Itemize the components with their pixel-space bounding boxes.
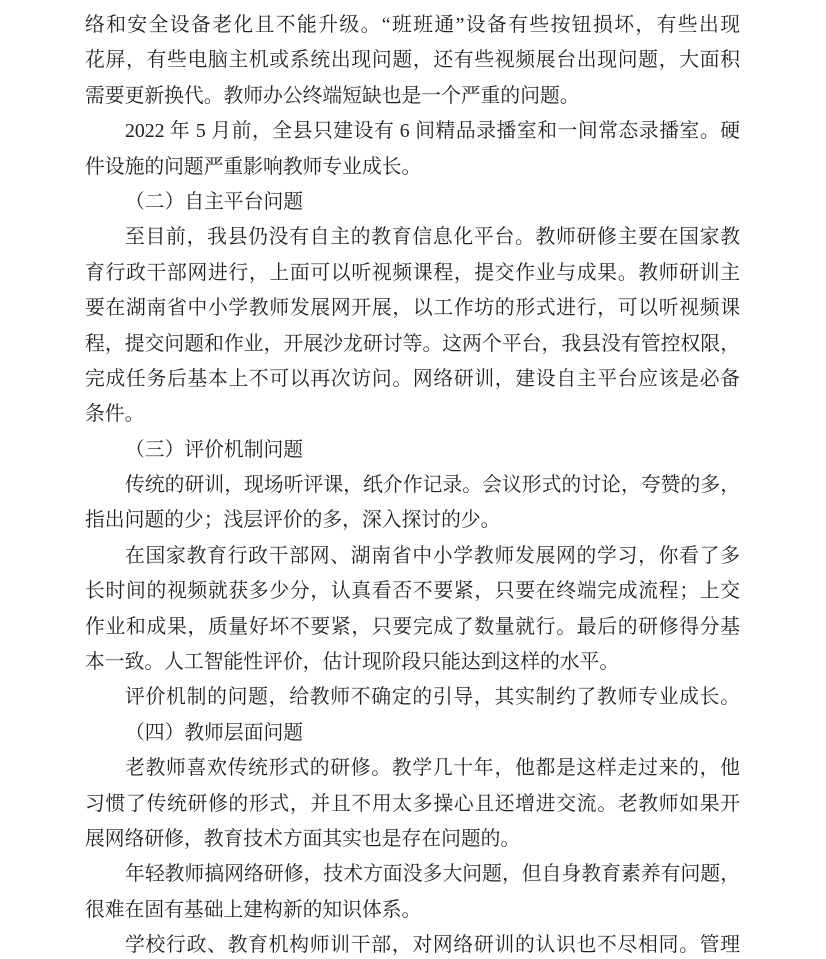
- text-line: 年轻教师搞网络研修，技术方面没多大问题，但自身教育素养有问题，: [85, 857, 740, 892]
- text-line: 程，提交问题和作业，开展沙龙研讨等。这两个平台，我县没有管控权限，: [85, 327, 740, 362]
- heading-line: （二）自主平台问题: [85, 185, 740, 220]
- text-line: 至目前，我县仍没有自主的教育信息化平台。教师研修主要在国家教: [85, 220, 740, 255]
- school-admin-paragraph: 学校行政、教育机构师训干部，对网络研训的认识也不尽相同。管理: [85, 928, 740, 959]
- recording-studio-paragraph: 2022 年 5 月前，全县只建设有 6 间精品录播室和一间常态录播室。硬件设施…: [85, 114, 740, 185]
- text-line: 展网络研修，教育技术方面其实也是存在问题的。: [85, 822, 740, 857]
- text-line: 指出问题的少；浅层评价的多，深入探讨的少。: [85, 503, 740, 538]
- text-line: 作业和成果，质量好坏不要紧，只要完成了数量就行。最后的研修得分基: [85, 610, 740, 645]
- heading-line: （三）评价机制问题: [85, 433, 740, 468]
- text-line: 本一致。人工智能性评价，估计现阶段只能达到这样的水平。: [85, 645, 740, 680]
- text-line: 完成任务后基本上不可以再次访问。网络研训，建设自主平台应该是必备: [85, 362, 740, 397]
- text-line: 很难在固有基础上建构新的知识体系。: [85, 893, 740, 928]
- hardware-problems-continued-paragraph: 络和安全设备老化且不能升级。“班班通”设备有些按钮损坏，有些出现花屏，有些电脑主…: [85, 8, 740, 114]
- text-line: 花屏，有些电脑主机或系统出现问题，还有些视频展台出现问题，大面积: [85, 43, 740, 78]
- text-line: 络和安全设备老化且不能升级。“班班通”设备有些按钮损坏，有些出现: [85, 8, 740, 43]
- old-teachers-paragraph: 老教师喜欢传统形式的研修。教学几十年，他都是这样走过来的，他习惯了传统研修的形式…: [85, 751, 740, 857]
- text-line: 老教师喜欢传统形式的研修。教学几十年，他都是这样走过来的，他: [85, 751, 740, 786]
- text-line: 条件。: [85, 397, 740, 432]
- text-line: 件设施的问题严重影响教师专业成长。: [85, 150, 740, 185]
- section-heading-4-teacher-level: （四）教师层面问题: [85, 716, 740, 751]
- text-line: 需要更新换代。教师办公终端短缺也是一个严重的问题。: [85, 79, 740, 114]
- text-line: 学校行政、教育机构师训干部，对网络研训的认识也不尽相同。管理: [85, 928, 740, 959]
- text-line: 在国家教育行政干部网、湖南省中小学教师发展网的学习，你看了多: [85, 539, 740, 574]
- section-heading-2-platform-problems: （二）自主平台问题: [85, 185, 740, 220]
- text-line: 习惯了传统研修的形式，并且不用太多操心且还增进交流。老教师如果开: [85, 787, 740, 822]
- young-teachers-paragraph: 年轻教师搞网络研修，技术方面没多大问题，但自身教育素养有问题，很难在固有基础上建…: [85, 857, 740, 928]
- text-line: 2022 年 5 月前，全县只建设有 6 间精品录播室和一间常态录播室。硬: [85, 114, 740, 149]
- section-heading-3-evaluation-mechanism: （三）评价机制问题: [85, 433, 740, 468]
- traditional-evaluation-paragraph: 传统的研训，现场听评课，纸介作记录。会议形式的讨论，夸赞的多，指出问题的少；浅层…: [85, 468, 740, 539]
- text-line: 传统的研训，现场听评课，纸介作记录。会议形式的讨论，夸赞的多，: [85, 468, 740, 503]
- text-line: 长时间的视频就获多少分，认真看否不要紧，只要在终端完成流程；上交: [85, 574, 740, 609]
- platform-problems-paragraph: 至目前，我县仍没有自主的教育信息化平台。教师研修主要在国家教育行政干部网进行，上…: [85, 220, 740, 432]
- document-page: 络和安全设备老化且不能升级。“班班通”设备有些按钮损坏，有些出现花屏，有些电脑主…: [0, 0, 826, 959]
- online-scoring-paragraph: 在国家教育行政干部网、湖南省中小学教师发展网的学习，你看了多长时间的视频就获多少…: [85, 539, 740, 681]
- heading-line: （四）教师层面问题: [85, 716, 740, 751]
- text-line: 评价机制的问题，给教师不确定的引导，其实制约了教师专业成长。: [85, 680, 740, 715]
- evaluation-impact-paragraph: 评价机制的问题，给教师不确定的引导，其实制约了教师专业成长。: [85, 680, 740, 715]
- text-line: 要在湖南省中小学教师发展网开展，以工作坊的形式进行，可以听视频课: [85, 291, 740, 326]
- text-line: 育行政干部网进行，上面可以听视频课程，提交作业与成果。教师研训主: [85, 256, 740, 291]
